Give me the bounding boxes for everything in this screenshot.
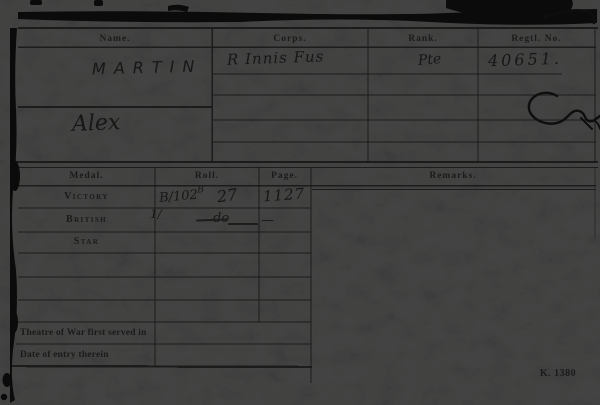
british-page-ditto: — bbox=[261, 214, 274, 227]
theatre-of-war-label: Theatre of War first served in bbox=[20, 327, 154, 339]
ditto-dash-after-do bbox=[228, 223, 258, 225]
scribble-mark bbox=[529, 93, 600, 124]
scribble-mark-tail2 bbox=[595, 121, 600, 129]
corps-column-header: Corps. bbox=[214, 33, 366, 45]
remarks-header: Remarks. bbox=[313, 170, 593, 182]
regtl-no-column-header: Regtl. No. bbox=[480, 33, 593, 45]
name-column-header: Name. bbox=[20, 33, 210, 45]
medal-row-victory-label: Victory bbox=[20, 191, 153, 203]
victory-page-value: 1127 bbox=[263, 187, 306, 205]
page-header: Page. bbox=[260, 170, 309, 182]
roll-header: Roll. bbox=[157, 170, 257, 182]
victory-roll-superscript: B bbox=[197, 185, 204, 196]
victory-roll-note: 27 bbox=[216, 187, 238, 206]
forename-value: Alex bbox=[72, 112, 121, 136]
corps-value: R Innis Fus bbox=[227, 49, 325, 67]
medal-row-star-label: Star bbox=[20, 236, 153, 248]
left-edge-smudge bbox=[10, 28, 17, 403]
medal-row-british-label: British bbox=[20, 214, 153, 226]
victory-roll-value: B/102B bbox=[158, 186, 205, 205]
british-roll-prefix: 1/ bbox=[150, 208, 162, 220]
date-of-entry-label: Date of entry therein bbox=[20, 349, 154, 361]
form-reference: K. 1380 bbox=[533, 368, 583, 380]
medal-index-card: Name. Corps. Rank. Regtl. No. MARTIN Ale… bbox=[0, 0, 600, 405]
regtl-no-value: 40651. bbox=[488, 51, 562, 70]
medal-header: Medal. bbox=[20, 170, 153, 182]
rank-column-header: Rank. bbox=[370, 33, 476, 45]
rank-value: Pte bbox=[417, 52, 441, 68]
surname-value: MARTIN bbox=[92, 59, 203, 78]
